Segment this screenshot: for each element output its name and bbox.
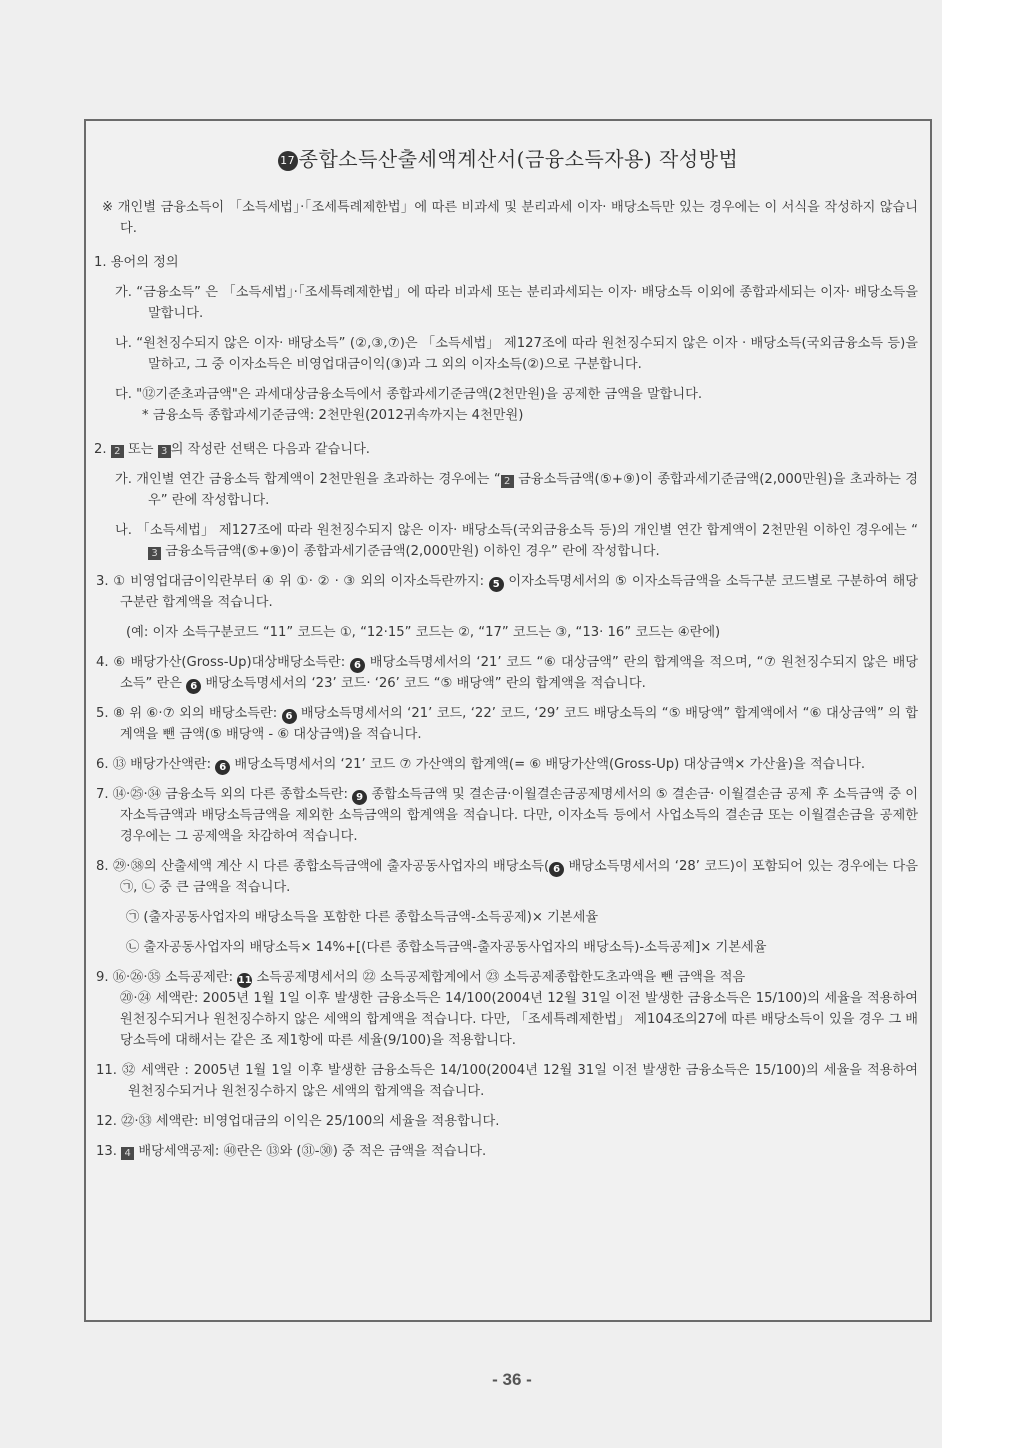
section-5: 5. ⑧ 위 ⑥·⑦ 외의 배당소득란: 6 배당소득명세서의 ‘21’ 코드,… <box>94 703 918 745</box>
section-9-continued: ⑳·㉔ 세액란: 2005년 1월 1일 이후 발생한 금융소득은 14/100… <box>94 988 918 1051</box>
section-1-da: 다. "⑫기준초과금액"은 과세대상금융소득에서 종합과세기준금액(2천만원)을… <box>94 384 918 405</box>
section-3-example: (예: 이자 소득구분코드 “11” 코드는 ①, “12·15” 코드는 ②,… <box>94 622 918 643</box>
section-11: 11. ㉜ 세액란 : 2005년 1월 1일 이후 발생한 금융소득은 14/… <box>94 1060 918 1102</box>
circle-6-icon: 6 <box>215 760 230 775</box>
circle-9-icon: 9 <box>352 790 367 805</box>
square-2-icon: 2 <box>111 445 124 458</box>
section-2-ga: 가. 개인별 연간 금융소득 합계액이 2천만원을 초과하는 경우에는 “2 금… <box>94 469 918 511</box>
section-1-heading: 1. 용어의 정의 <box>94 252 918 273</box>
circle-5-icon: 5 <box>489 577 504 592</box>
section-1-footnote: * 금융소득 종합과세기준금액: 2천만원(2012귀속까지는 4천만원) <box>94 405 918 426</box>
section-8-option-a: ㉠ (출자공동사업자의 배당소득을 포함한 다른 종합소득금액-소득공제)× 기… <box>94 907 918 928</box>
section-12: 12. ㉒·㉝ 세액란: 비영업대금의 이익은 25/100의 세율을 적용합니… <box>94 1111 918 1132</box>
reference-mark-icon: ※ <box>102 200 113 215</box>
circle-6-icon: 6 <box>186 679 201 694</box>
instructions-body: ※ 개인별 금융소득이 「소득세법」·「조세특례제한법」에 따른 비과세 및 분… <box>94 197 918 1162</box>
section-13: 13. 4 배당세액공제: ㊵란은 ⑬와 (㉛-㉚) 중 적은 금액을 적습니다… <box>94 1141 918 1162</box>
title-text: 종합소득산출세액계산서(금융소득자용) 작성방법 <box>299 147 739 171</box>
square-2-icon: 2 <box>501 475 514 488</box>
section-9: 9. ⑯·㉖·㉟ 소득공제란: 11 소득공제명세서의 ㉒ 소득공제합계에서 ㉓… <box>94 967 918 988</box>
section-1-ga: 가. “금융소득” 은 「소득세법」·「조세특례제한법」에 따라 비과세 또는 … <box>94 282 918 324</box>
page-number: - 36 - <box>0 1370 1024 1390</box>
section-8: 8. ㉙·㊳의 산출세액 계산 시 다른 종합소득금액에 출자공동사업자의 배당… <box>94 856 918 898</box>
square-4-icon: 4 <box>121 1147 134 1160</box>
form-number-badge: 17 <box>278 151 298 171</box>
circle-6-icon: 6 <box>350 658 365 673</box>
section-3: 3. ① 비영업대금이익란부터 ④ 위 ①· ② · ③ 외의 이자소득란까지:… <box>94 571 918 613</box>
circle-11-icon: 11 <box>237 973 252 988</box>
section-8-option-b: ㉡ 출자공동사업자의 배당소득× 14%+[(다른 종합소득금액-출자공동사업자… <box>94 937 918 958</box>
section-2-na: 나. 「소득세법」 제127조에 따라 원천징수되지 않은 이자· 배당소득(국… <box>94 520 918 562</box>
section-2-heading: 2. 2 또는 3의 작성란 선택은 다음과 같습니다. <box>94 439 918 460</box>
instructions-box: 17종합소득산출세액계산서(금융소득자용) 작성방법 ※ 개인별 금융소득이 「… <box>84 119 932 1322</box>
circle-6-icon: 6 <box>282 709 297 724</box>
section-4: 4. ⑥ 배당가산(Gross-Up)대상배당소득란: 6 배당소득명세서의 ‘… <box>94 652 918 694</box>
page-title: 17종합소득산출세액계산서(금융소득자용) 작성방법 <box>86 143 930 172</box>
circle-6-icon: 6 <box>549 862 564 877</box>
note-paragraph: ※ 개인별 금융소득이 「소득세법」·「조세특례제한법」에 따른 비과세 및 분… <box>94 197 918 239</box>
square-3-icon: 3 <box>148 547 161 560</box>
document-page: 17종합소득산출세액계산서(금융소득자용) 작성방법 ※ 개인별 금융소득이 「… <box>0 0 942 1448</box>
section-1-na: 나. “원천징수되지 않은 이자· 배당소득” (②,③,⑦)은 「소득세법」 … <box>94 333 918 375</box>
section-6: 6. ⑬ 배당가산액란: 6 배당소득명세서의 ‘21’ 코드 ⑦ 가산액의 합… <box>94 754 918 775</box>
section-7: 7. ⑭·㉕·㉞ 금융소득 외의 다른 종합소득란: 9 종합소득금액 및 결손… <box>94 784 918 847</box>
square-3-icon: 3 <box>158 445 171 458</box>
